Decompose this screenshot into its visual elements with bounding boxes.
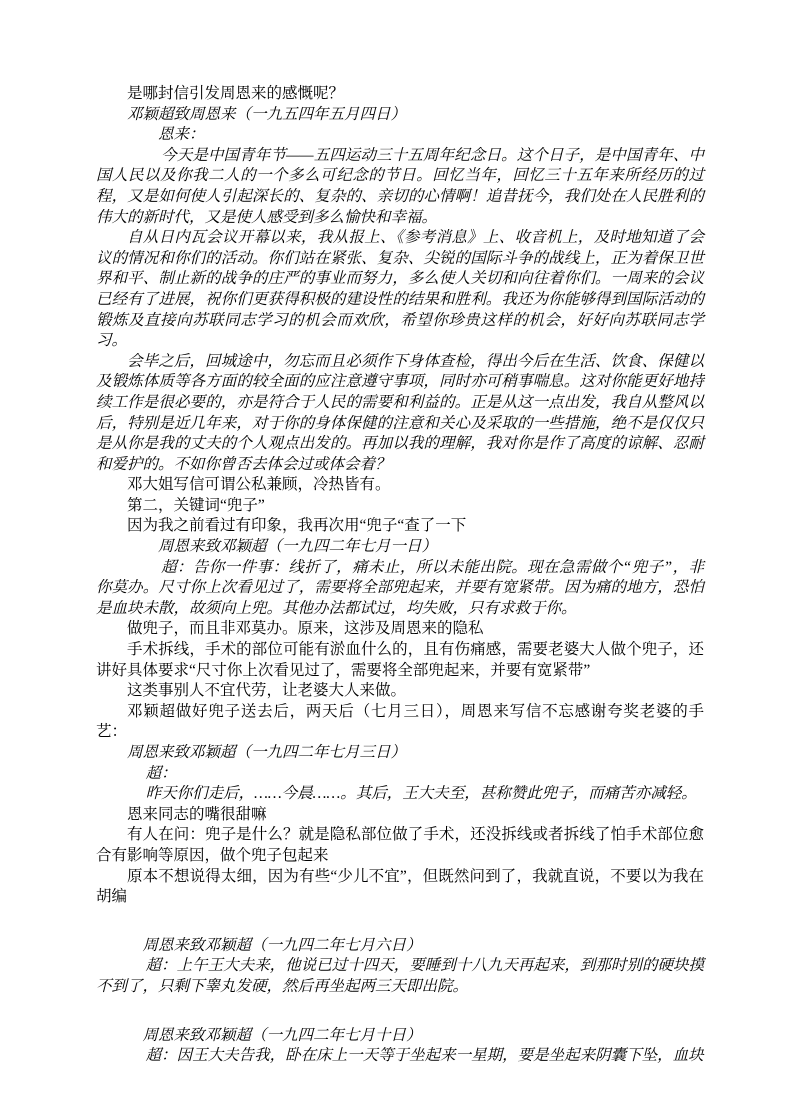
letter-body-paragraph: 会毕之后，回城途中，勿忘而且必须作下身体查检，得出今后在生活、饮食、保健以及锻炼… — [96, 352, 704, 476]
document-content: 是哪封信引发周恩来的感慨呢？ 邓颖超致周恩来（一九五四年五月四日） 恩来： 今天… — [0, 0, 800, 1067]
commentary-line: 原本不想说得太细，因为有些“少儿不宜”，但既然问到了，我就直说，不要以为我在胡编 — [96, 867, 704, 908]
letter-header-1942-07-06: 周恩来致邓颖超（一九四二年七月六日） — [96, 936, 704, 957]
letter-salutation: 恩来： — [96, 125, 704, 146]
letter-body-paragraph: 超：上午王大夫来，他说已过十四天，要睡到十八九天再起来，到那时别的硬块摸不到了，… — [96, 956, 704, 997]
commentary-line: 邓颖超做好兜子送去后，两天后（七月三日），周恩来写信不忘感谢夸奖老婆的手艺： — [96, 702, 704, 743]
letter-body-paragraph: 超：告你一件事：线折了，痛未止，所以未能出院。现在急需做个“兜子”，非你莫办。尺… — [96, 558, 704, 620]
letter-header-1942-07-03: 周恩来致邓颖超（一九四二年七月三日） — [96, 743, 704, 764]
keyword-heading: 第二，关键词“兜子” — [96, 496, 704, 517]
letter-header-1954-05-04: 邓颖超致周恩来（一九五四年五月四日） — [96, 105, 704, 126]
commentary-line: 邓大姐写信可谓公私兼顾，冷热皆有。 — [96, 475, 704, 496]
letter-body-paragraph: 昨天你们走后，……今晨……。其后，王大夫至，甚称赞此兜子，而痛苦亦减轻。 — [96, 784, 704, 805]
letter-header-1942-07-10: 周恩来致邓颖超（一九四二年七月十日） — [96, 1026, 704, 1047]
letter-header-1942-07-01: 周恩来致邓颖超（一九四二年七月一日） — [96, 537, 704, 558]
letter-body-paragraph: 自从日内瓦会议开幕以来，我从报上、《参考消息》上、收音机上，及时地知道了会议的情… — [96, 228, 704, 352]
commentary-line: 有人在问：兜子是什么？就是隐私部位做了手术，还没拆线或者拆线了怕手术部位愈合有影… — [96, 825, 704, 866]
question-heading: 是哪封信引发周恩来的感慨呢？ — [96, 84, 704, 105]
document-page: 是哪封信引发周恩来的感慨呢？ 邓颖超致周恩来（一九五四年五月四日） 恩来： 今天… — [0, 0, 800, 1100]
commentary-line: 恩来同志的嘴很甜嘛 — [96, 805, 704, 826]
letter-body-paragraph: 今天是中国青年节——五四运动三十五周年纪念日。这个日子，是中国青年、中国人民以及… — [96, 146, 704, 228]
letter-body-paragraph: 超：因王大夫告我，卧在床上一天等于坐起来一星期，要是坐起来阴囊下坠，血块 — [96, 1046, 704, 1067]
commentary-line: 手术拆线，手术的部位可能有淤血什么的，且有伤痛感，需要老婆大人做个兜子，还讲好具… — [96, 640, 704, 681]
commentary-line: 这类事别人不宜代劳，让老婆大人来做。 — [96, 681, 704, 702]
commentary-line: 因为我之前看过有印象，我再次用“兜子“查了一下 — [96, 516, 704, 537]
commentary-line: 做兜子，而且非邓莫办。原来，这涉及周恩来的隐私 — [96, 619, 704, 640]
letter-salutation: 超： — [96, 764, 704, 785]
